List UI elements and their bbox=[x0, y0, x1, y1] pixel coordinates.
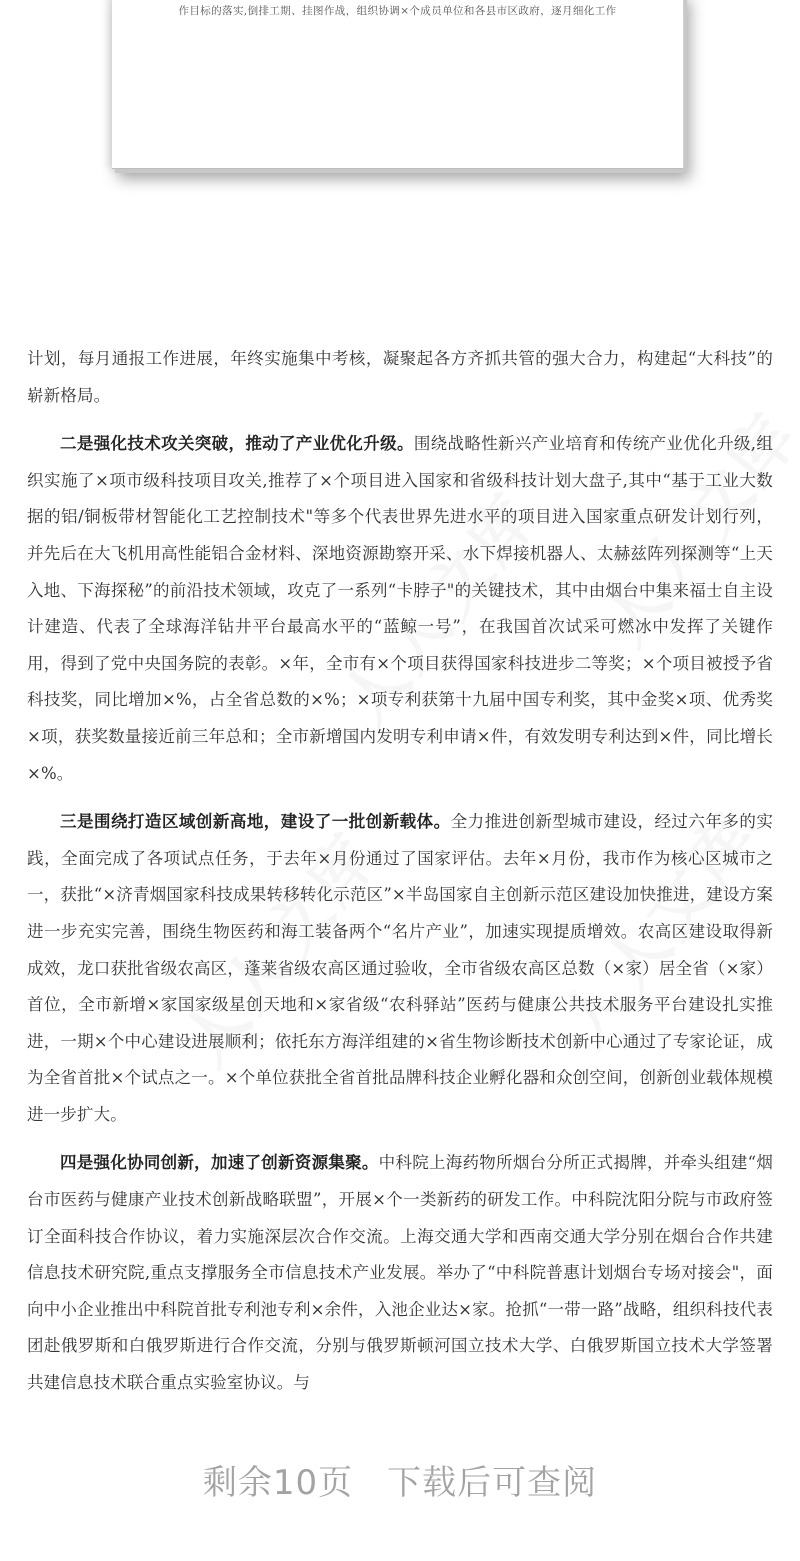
preview-text-line: 作目标的落实,倒排工期、挂图作战，组织协调×个成员单位和各县市区政府，逐月细化工… bbox=[112, 3, 683, 18]
paragraph-text: 全力推进创新型城市建设，经过六年多的实践，全面完成了各项试点任务，于去年×月份通… bbox=[27, 812, 773, 1124]
download-to-view-label[interactable]: 下载后可查阅 bbox=[387, 1463, 597, 1503]
paragraph-2: 二是强化技术攻关突破，推动了产业优化升级。围绕战略性新兴产业培育和传统产业优化升… bbox=[27, 426, 773, 792]
paragraph-lead: 三是围绕打造区域创新高地，建设了一批创新载体。 bbox=[60, 812, 451, 831]
paragraph-text: 计划，每月通报工作进展，年终实施集中考核，凝聚起各方齐抓共管的强大合力，构建起“… bbox=[27, 349, 773, 405]
document-body: 计划，每月通报工作进展，年终实施集中考核，凝聚起各方齐抓共管的强大合力，构建起“… bbox=[27, 341, 773, 1414]
page-preview-card: 作目标的落实,倒排工期、挂图作战，组织协调×个成员单位和各县市区政府，逐月细化工… bbox=[112, 0, 684, 169]
download-prompt-banner[interactable]: 剩余10页下载后可查阅 bbox=[0, 1455, 800, 1504]
paragraph-4: 四是强化协同创新，加速了创新资源集聚。中科院上海药物所烟台分所正式揭牌，并牵头组… bbox=[27, 1145, 773, 1401]
paragraph-text: 围绕战略性新兴产业培育和传统产业优化升级,组织实施了×项市级科技项目攻关,推荐了… bbox=[27, 434, 773, 782]
paragraph-text: 中科院上海药物所烟台分所正式揭牌，并牵头组建“烟台市医药与健康产业技术创新战略联… bbox=[27, 1153, 773, 1392]
paragraph-lead: 四是强化协同创新，加速了创新资源集聚。 bbox=[60, 1153, 379, 1172]
remaining-pages-label: 剩余10页 bbox=[203, 1463, 353, 1503]
paragraph-1: 计划，每月通报工作进展，年终实施集中考核，凝聚起各方齐抓共管的强大合力，构建起“… bbox=[27, 341, 773, 414]
paragraph-lead: 二是强化技术攻关突破，推动了产业优化升级。 bbox=[60, 434, 414, 453]
paragraph-3: 三是围绕打造区域创新高地，建设了一批创新载体。全力推进创新型城市建设，经过六年多… bbox=[27, 804, 773, 1133]
